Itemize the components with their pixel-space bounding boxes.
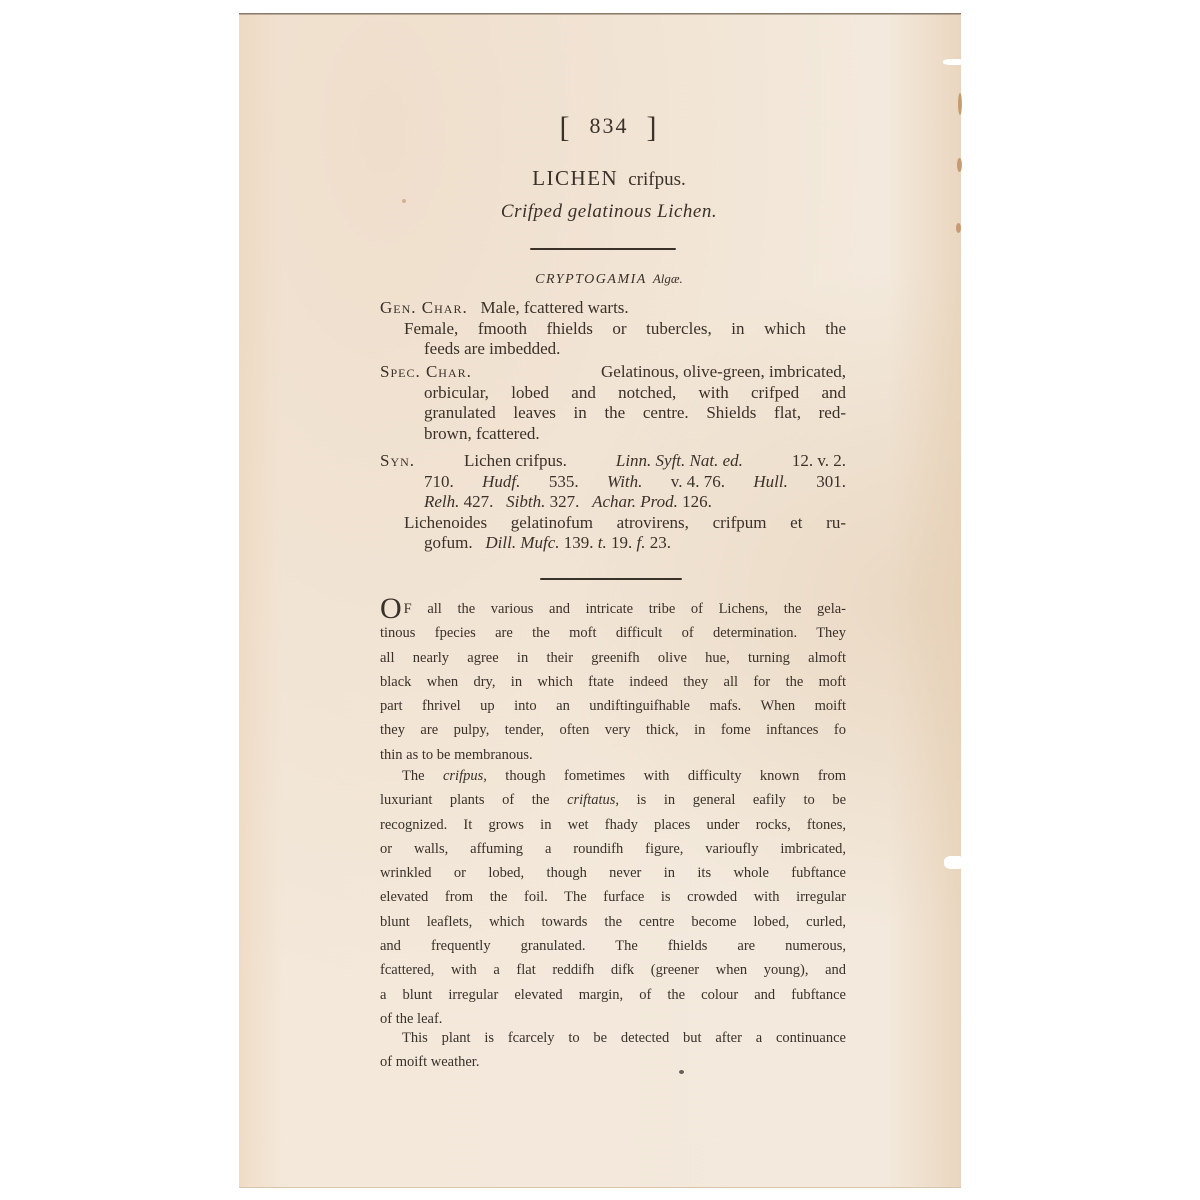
book-page: [834] LICHENcrifpus. Crifped gelatinous … bbox=[239, 13, 961, 1188]
foxing-stain bbox=[956, 223, 961, 233]
spec-char-line: orbicular, lobed and notched, with crifp… bbox=[380, 383, 846, 404]
foxing-stain bbox=[957, 158, 962, 172]
syn-reference: With. bbox=[607, 472, 642, 493]
bracket-close: ] bbox=[647, 111, 659, 144]
paragraph-line: a blunt irregular elevated margin, of th… bbox=[380, 983, 846, 1007]
paragraph-line: they are pulpy, tender, often very thick… bbox=[380, 718, 846, 742]
spec-char-label: Spec. Char. bbox=[380, 362, 472, 383]
paragraph-line: This plant is fcarcely to be detected bu… bbox=[380, 1026, 846, 1050]
syn-reference: Hudf. bbox=[482, 472, 520, 493]
gen-char-line: Male, fcattered warts. bbox=[480, 298, 628, 317]
species-reference: criftatus, bbox=[567, 792, 619, 808]
gen-char-label: Gen. Char. bbox=[380, 298, 468, 317]
synonymy: Syn. Lichen crifpus. Linn. Syft. Nat. ed… bbox=[380, 451, 846, 554]
syn-citation: 710. bbox=[424, 472, 454, 493]
bracket-open: [ bbox=[560, 111, 572, 144]
syn-line-4: Lichenoides gelatinofum atrovirens, crif… bbox=[380, 513, 846, 534]
species-reference: crifpus, bbox=[443, 768, 487, 784]
classification: CRYPTOGAMIAAlgæ. bbox=[372, 271, 846, 288]
spec-char-line: Gelatinous, olive-green, imbricated, bbox=[601, 362, 846, 383]
paragraph-line: black when dry, in which ftate indeed th… bbox=[380, 670, 846, 694]
syn-line-5: gofum. Dill. Mufc. 139. t. 19. f. 23. bbox=[380, 533, 846, 554]
species-name: crifpus. bbox=[628, 169, 686, 190]
edge-tear bbox=[944, 856, 961, 869]
divider-rule bbox=[540, 578, 682, 580]
syn-reference: Linn. Syft. Nat. ed. bbox=[616, 451, 743, 472]
gen-char-line: Female, fmooth fhields or tubercles, in … bbox=[380, 319, 846, 340]
common-name: Crifped gelatinous Lichen. bbox=[372, 201, 846, 223]
syn-citation: 126. bbox=[682, 492, 712, 511]
genus-name: LICHEN bbox=[532, 166, 618, 190]
spec-char-line: granulated leaves in the centre. Shields… bbox=[380, 403, 846, 424]
foxing-stain bbox=[958, 93, 962, 115]
syn-citation: 12. v. 2. bbox=[792, 451, 846, 472]
paragraph-line: and frequently granulated. The fhields a… bbox=[380, 934, 846, 958]
paragraph-line: of moift weather. bbox=[380, 1050, 846, 1074]
syn-line-3: Relh. 427. Sibth. 327. Achar. Prod. 126. bbox=[380, 492, 846, 513]
syn-name: Lichen crifpus. bbox=[464, 451, 567, 472]
generic-character: Gen. Char. Male, fcattered warts. Female… bbox=[380, 298, 846, 360]
syn-citation: 23. bbox=[650, 533, 671, 552]
paragraph-line: tinous fpecies are the moft difficult of… bbox=[380, 621, 846, 645]
spec-char-line: brown, fcattered. bbox=[380, 424, 846, 445]
syn-citation: 19. bbox=[611, 533, 632, 552]
ink-speck bbox=[679, 1070, 684, 1074]
paragraph-line: elevated from the foil. The furface is c… bbox=[380, 885, 846, 909]
entry-title: LICHENcrifpus. bbox=[372, 166, 846, 191]
syn-citation: 301. bbox=[816, 472, 846, 493]
syn-citation: 535. bbox=[549, 472, 579, 493]
syn-reference: Dill. Mufc. bbox=[485, 533, 559, 552]
edge-tear bbox=[943, 59, 961, 65]
paragraph-line: wrinkled or lobed, though never in its w… bbox=[380, 861, 846, 885]
syn-reference: Relh. bbox=[424, 492, 459, 511]
paragraph-line: or walls, affuming a roundifh figure, va… bbox=[380, 837, 846, 861]
paragraph-line: part fhrivel up into an undiftinguifhabl… bbox=[380, 694, 846, 718]
paragraph-line: recognized. It grows in wet fhady places… bbox=[380, 813, 846, 837]
syn-citation: 427. bbox=[464, 492, 494, 511]
syn-line-2: 710. Hudf. 535. With. v. 4. 76. Hull. 30… bbox=[380, 472, 846, 493]
paragraph-1: OF all the various and intricate tribe o… bbox=[380, 597, 846, 767]
gen-char-line: feeds are imbedded. bbox=[380, 339, 846, 360]
syn-citation: 139. bbox=[564, 533, 594, 552]
syn-reference: Sibth. bbox=[506, 492, 545, 511]
paragraph-line: all nearly agree in their greenifh olive… bbox=[380, 646, 846, 670]
divider-rule bbox=[530, 248, 676, 250]
paragraph-line: F all the various and intricate tribe of… bbox=[404, 601, 846, 617]
syn-citation: v. 4. 76. bbox=[671, 472, 725, 493]
page-number-value: 834 bbox=[590, 113, 629, 138]
page-number: [834] bbox=[372, 111, 846, 145]
syn-reference: f. bbox=[637, 533, 646, 552]
syn-reference: t. bbox=[598, 533, 607, 552]
syn-citation: 327. bbox=[550, 492, 580, 511]
paragraph-line: blunt leaflets, which towards the centre… bbox=[380, 910, 846, 934]
syn-label: Syn. bbox=[380, 451, 415, 472]
syn-name: gofum. bbox=[424, 533, 473, 552]
drop-cap: O bbox=[380, 599, 402, 619]
specific-character: Spec. Char.Gelatinous, olive-green, imbr… bbox=[380, 362, 846, 444]
order-name: Algæ. bbox=[653, 271, 683, 286]
paragraph-line: fcattered, with a flat reddifh difk (gre… bbox=[380, 958, 846, 982]
paragraph-text: though fometimes with difficulty known f… bbox=[505, 768, 846, 784]
syn-reference: Achar. Prod. bbox=[592, 492, 678, 511]
paragraph-3: This plant is fcarcely to be detected bu… bbox=[380, 1026, 846, 1075]
paragraph-text: is in general eafily to be bbox=[637, 792, 846, 808]
class-name: CRYPTOGAMIA bbox=[535, 272, 647, 287]
paragraph-2: The crifpus, though fometimes with diffi… bbox=[380, 764, 846, 1031]
syn-reference: Hull. bbox=[753, 472, 787, 493]
paragraph-text: luxuriant plants of the bbox=[380, 792, 549, 808]
paragraph-text: The bbox=[402, 768, 425, 784]
